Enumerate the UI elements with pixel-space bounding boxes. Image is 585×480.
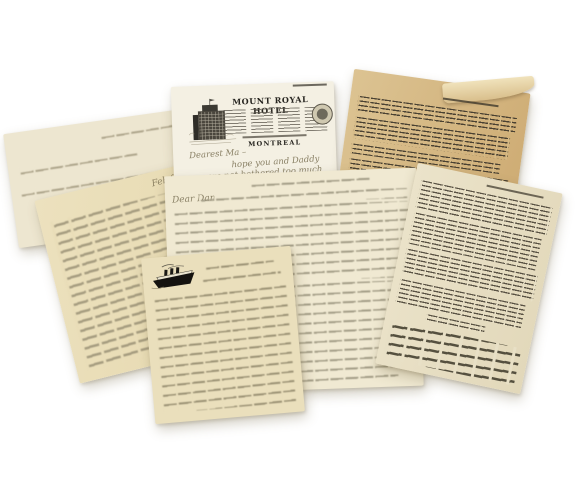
steamship-engraving [148, 260, 202, 292]
letterhead-column [251, 108, 274, 133]
handwritten-note-line-1: Dearest Ma – [189, 147, 247, 161]
hotel-city: MONTREAL [243, 138, 307, 148]
letterhead-column [278, 107, 301, 132]
letterhead-column [224, 109, 247, 134]
handwritten-date-line [249, 176, 369, 189]
handwriting-greeting-line [18, 152, 138, 178]
handwritten-note-line-2: hope you and Daddy [231, 154, 320, 170]
united-hotels-seal [311, 103, 333, 125]
handwritten-greeting: Dear Dan [172, 193, 216, 205]
seal-center [317, 108, 328, 119]
letterhead-script-line [204, 257, 274, 271]
handwriting-body [152, 284, 296, 413]
photo-of-vintage-letters: Feb 9/38 [0, 0, 585, 480]
corner-reference-text [293, 83, 327, 86]
handwriting-body [199, 188, 407, 205]
letterhead-script-line [201, 269, 281, 284]
letter-notepad-ship [141, 246, 305, 424]
